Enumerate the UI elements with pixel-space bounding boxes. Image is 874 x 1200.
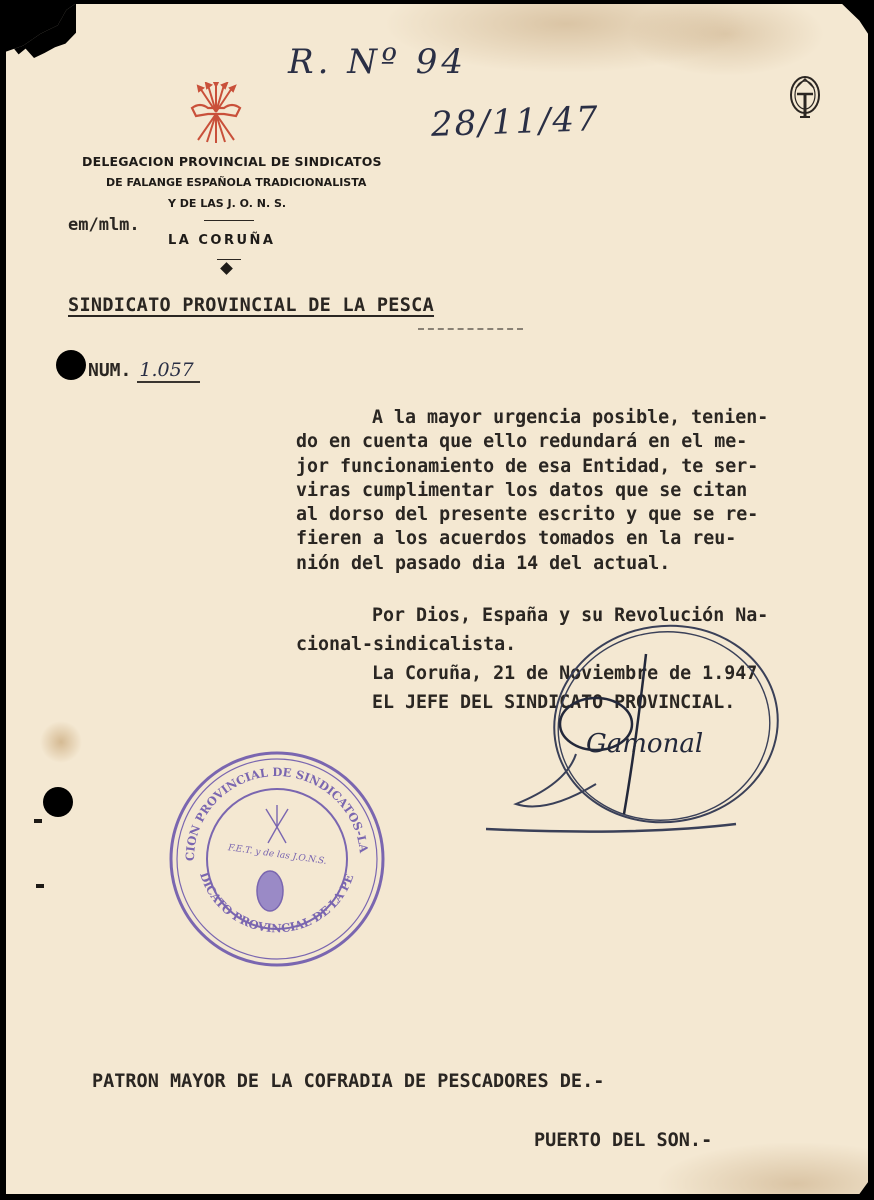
edge-tear [34,819,42,823]
body-line: viras cumplimentar los datos que se cita… [296,480,747,501]
dashed-rule [418,328,523,330]
seal-inner-text: F.E.T. y de las J.O.N.S. [226,843,327,867]
body-paragraph: A la mayor urgencia posible, tenien- do … [296,406,874,576]
letterhead-divider-small [217,259,241,260]
body-line: jor funcionamiento de esa Entidad, te se… [296,456,758,477]
recipient-port: PUERTO DEL SON.- [534,1130,712,1151]
svg-text:DELEGACION PROVINCIAL DE SINDI: DELEGACION PROVINCIAL DE SINDICATOS-LA C… [166,749,371,861]
edge-tear [36,884,44,888]
letterhead-line-1: DELEGACION PROVINCIAL DE SINDICATOS [82,154,382,169]
letterhead-divider [204,220,254,221]
document-heading: SINDICATO PROVINCIAL DE LA PESCA [68,295,434,316]
official-seal-stamp: DELEGACION PROVINCIAL DE SINDICATOS-LA C… [166,749,388,969]
number-label: NUM. [88,360,131,381]
body-line: do en cuenta que ello redundará en el me… [296,431,747,452]
letterhead-line-3: Y DE LAS J. O. N. S. [168,197,286,210]
number-value: 1.057 [137,359,199,383]
handwritten-signature: Gamonal [486,624,786,839]
punch-hole [56,350,86,380]
punch-hole [43,787,73,817]
recipient-line: PATRON MAYOR DE LA COFRADIA DE PESCADORE… [92,1071,604,1092]
fasces-arrows-icon [186,82,246,144]
motto-line-1: Por Dios, España y su Revolución Na- [296,605,768,626]
handwritten-registry-number: R. Nº 94 [288,42,467,82]
document-number: NUM.1.057 [88,359,200,381]
body-line: al dorso del presente escrito y que se r… [296,504,758,525]
letter-page: DELEGACION PROVINCIAL DE SINDICATOS DE F… [6,4,868,1194]
body-line: nión del pasado dia 14 del actual. [296,553,670,574]
seal-top-text: DELEGACION PROVINCIAL DE SINDICATOS-LA C… [166,749,371,861]
motto-line-2: cional-sindicalista. [296,634,516,655]
reference-initials: em/mlm. [68,215,140,235]
torch-wreath-icon [788,74,822,124]
letterhead-line-2: DE FALANGE ESPAÑOLA TRADICIONALISTA [106,176,366,189]
body-line: fieren a los acuerdos tomados en la reu- [296,528,736,549]
handwritten-date: 28/11/47 [430,99,600,145]
letterhead-city: LA CORUÑA [168,233,275,248]
body-line: A la mayor urgencia posible, tenien- [296,407,768,428]
diamond-ornament-icon [220,262,233,275]
signature-text: Gamonal [586,729,703,759]
